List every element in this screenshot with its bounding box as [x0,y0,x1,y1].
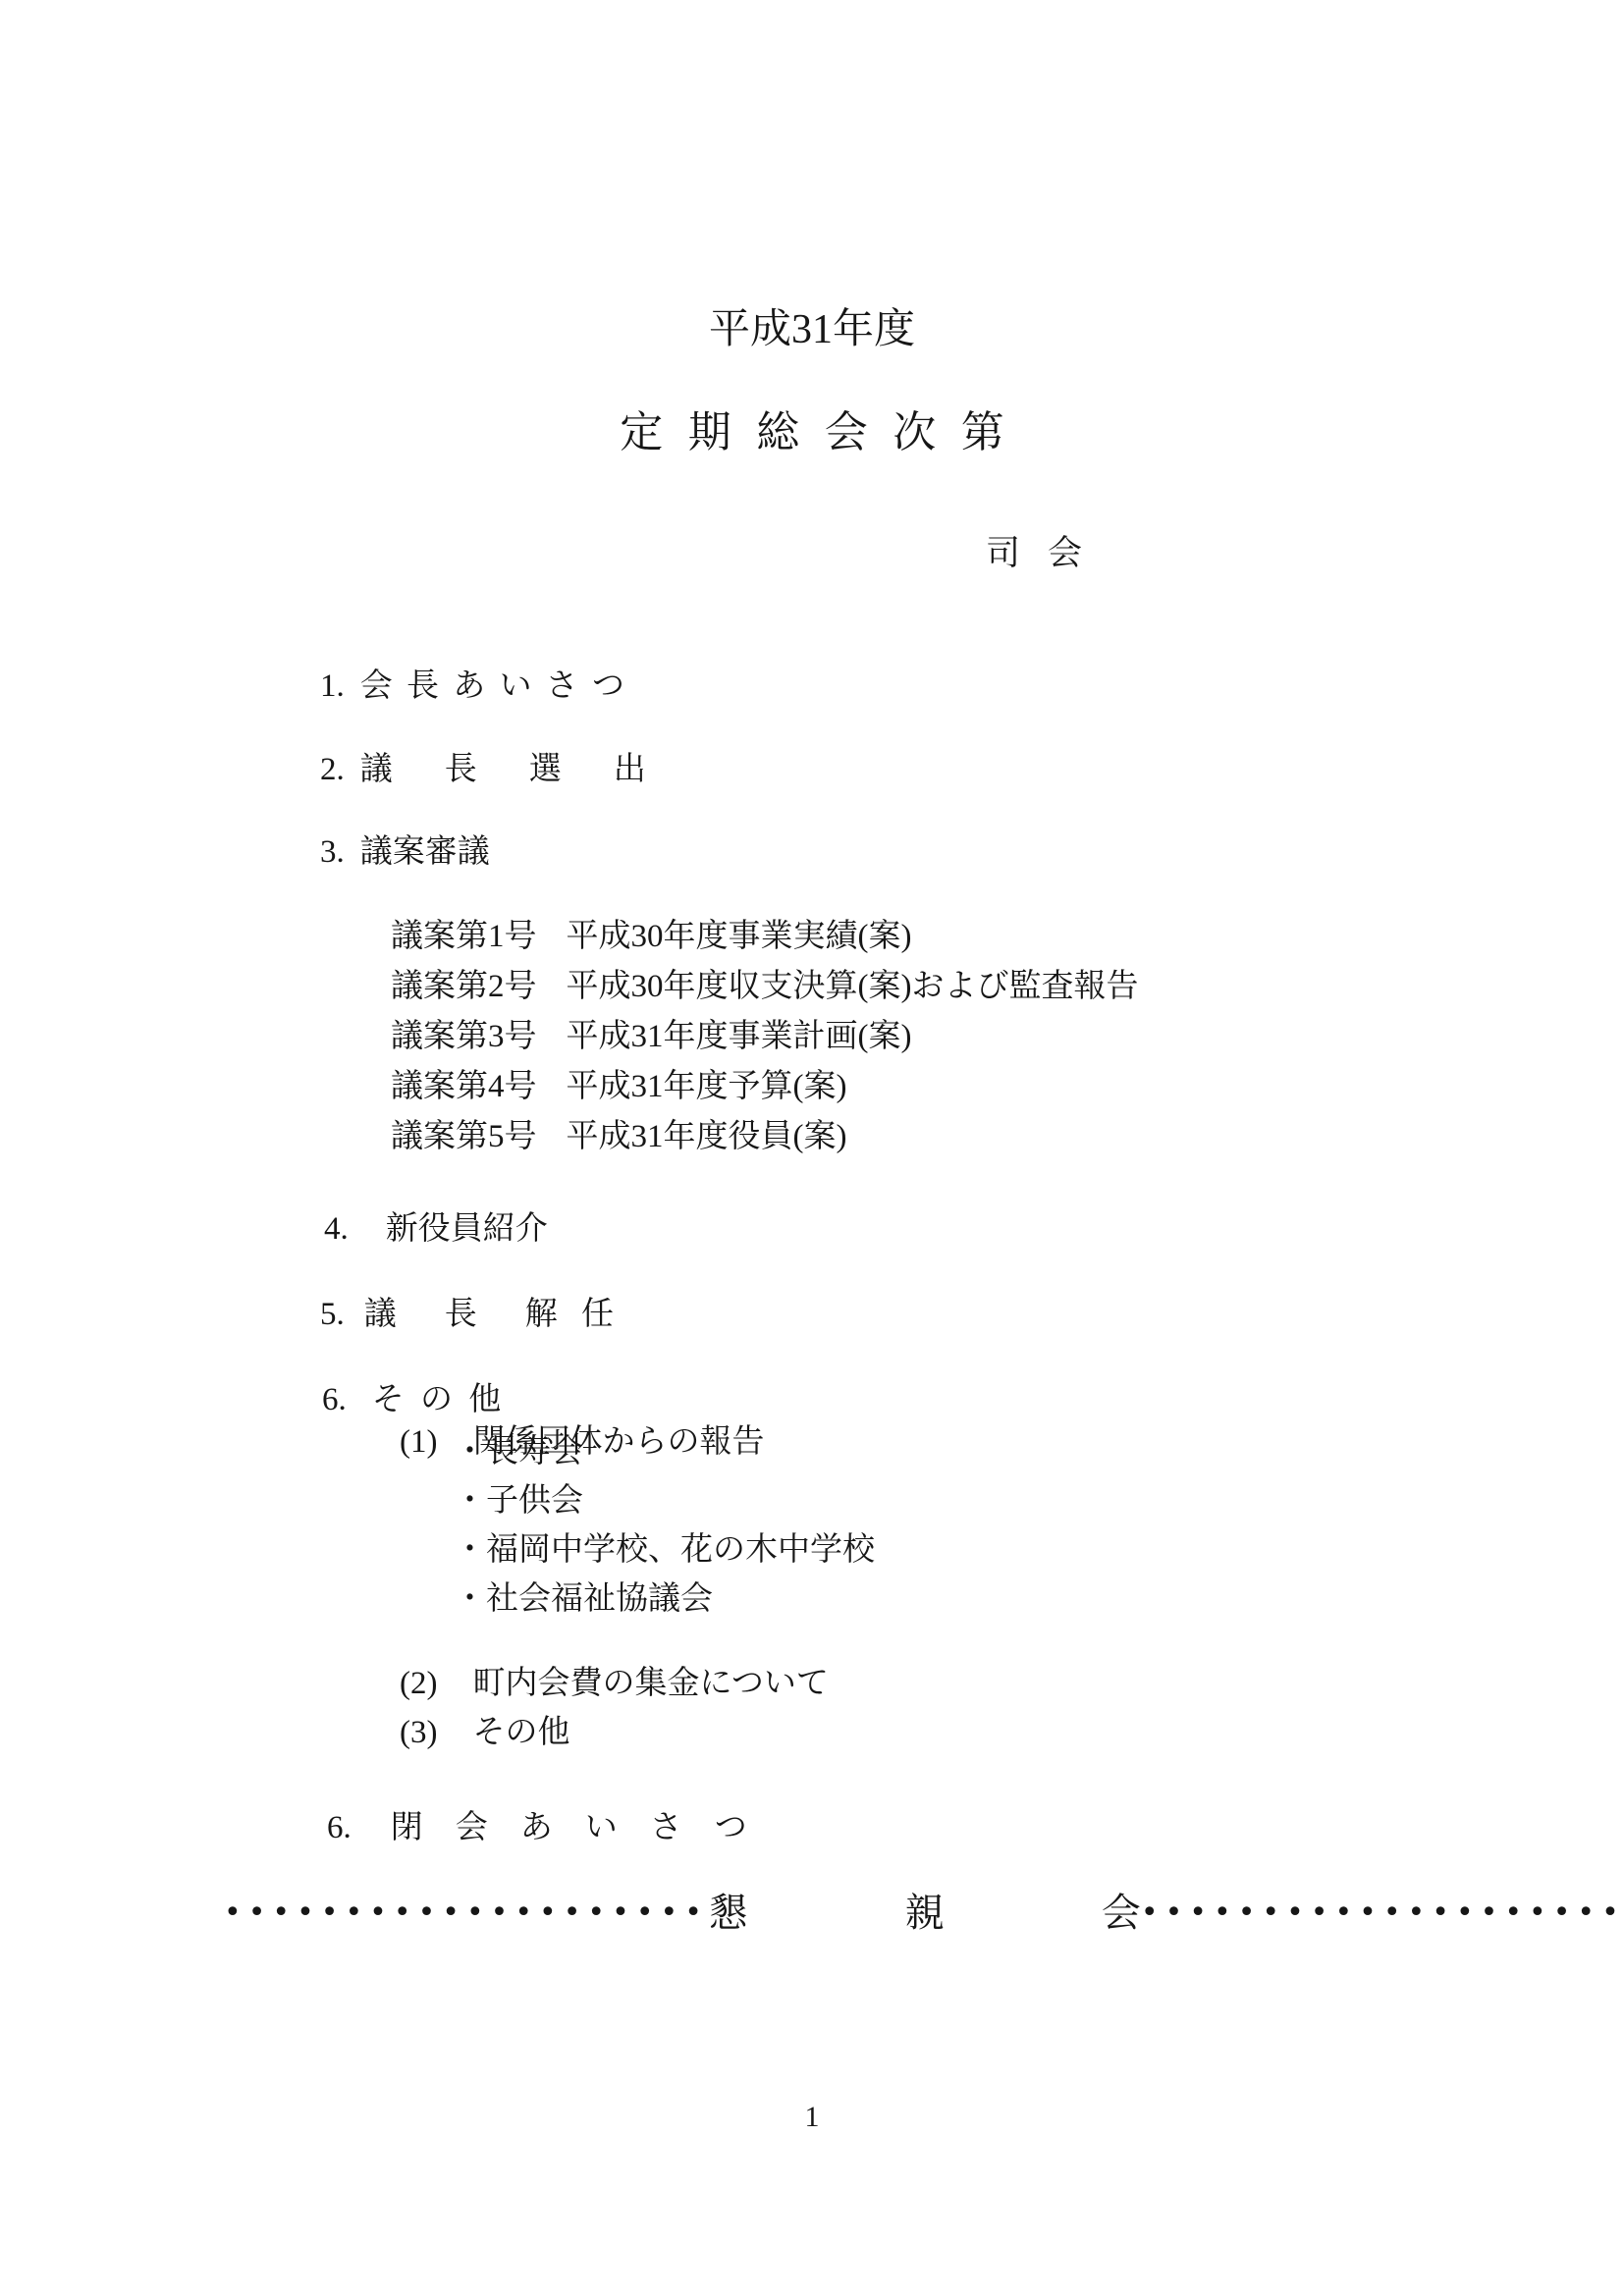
agenda-item-text: 議案審議 [360,834,490,870]
sub-item-text: その他 [472,1715,569,1750]
agenda-item-number: 2. [320,752,345,789]
agenda-item-number: 4. [324,1211,349,1249]
agenda-item-number: 3. [320,834,345,872]
agenda-item-number: 5. [320,1297,345,1334]
report-bullet-kodomokai: ・子供会 [454,1483,583,1521]
agenda-document-page: 平成31年度 定期総会次第 司会 1.会 長 あ い さ つ 2.議 長 選 出… [0,0,1624,2296]
agenda-item-number: 6. [322,1382,347,1419]
fiscal-year-title: 平成31年度 [0,306,1624,353]
sub-item-number: (3) [400,1715,437,1750]
agenda-item-text: 新役員紹介 [386,1211,548,1247]
agenda-item-text: 会 長 あ い さ つ [360,668,627,704]
moderator-label: 司会 [986,534,1110,573]
document-title: 定期総会次第 [0,408,1624,458]
report-bullet-shakai-fukushi: ・社会福祉協議会 [454,1581,713,1619]
social-gathering-label: 懇 親 会 [709,1891,1141,1936]
agenda-item-text: 閉 会 あ い さ つ [391,1810,747,1845]
agenda-item-text: 議 長 選 出 [360,752,656,787]
dotted-leader-left: •••••••••••••••••••• [224,1896,709,1931]
agenda-item-number: 6. [327,1810,352,1847]
dotted-leader-right: •••••••••••••••••••• [1141,1896,1624,1931]
agenda-item-number: 1. [320,668,345,706]
report-bullet-schools: ・福岡中学校、花の木中学校 [454,1532,875,1570]
proposal-title: 平成31年度役員(案) [567,1119,847,1154]
agenda-item-closing-greeting: 6.閉 会 あ い さ つ [295,1773,747,1885]
social-gathering-divider: •••••••••••••••••••• 懇 親 会 •••••••••••••… [224,1891,1406,1936]
agenda-item-text: 議 長 解 任 [364,1297,622,1332]
page-number: 1 [0,2101,1624,2135]
proposal-label: 議案第5号 [391,1119,537,1154]
report-bullet-chojukai: ・長寿会 [454,1434,583,1471]
sub-item-number: (1) [400,1424,437,1460]
